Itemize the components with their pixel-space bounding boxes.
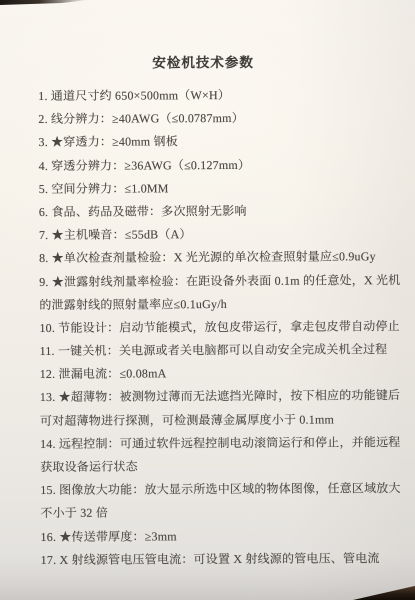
spec-line-11: 11. 一键关机：关电源或者关电脑都可以自动安全完成关机全过程 <box>40 338 398 363</box>
spec-line-9: 9. ★泄露射线剂量率检验：在距设备外表面 0.1m 的任意处，X 光机 <box>39 269 397 294</box>
spec-line-16: 16. ★传送带厚度：≥3mm <box>40 524 398 549</box>
spec-line-8: 8. ★单次检查剂量检验：X 光光源的单次检查照射量应≤0.9uGy <box>39 245 397 270</box>
spec-line-15: 15. 图像放大功能：放大显示所选中区域的物体图像，任意区域放大 <box>40 477 398 502</box>
spec-line-10: 10. 节能设计：启动节能模式，放包皮带运行，拿走包皮带自动停止 <box>39 315 397 340</box>
spec-line-15-cont: 不小于 32 倍 <box>40 500 398 525</box>
photo-edge-top-left <box>0 0 88 5</box>
spec-line-13: 13. ★超薄物：被测物过薄而无法遮挡光障时，按下相应的功能键后 <box>40 385 398 410</box>
spec-line-17: 17. X 射线源管电压管电流：可设置 X 射线源的管电压、管电流 <box>41 547 399 572</box>
spec-line-2: 2. 线分辨力：≥40AWG（≤0.0787mm） <box>38 106 396 131</box>
spec-line-4: 4. 穿透分辨力：≥36AWG（≤0.127mm） <box>39 153 397 178</box>
document-content: 安检机技术参数 1. 通道尺寸约 650×500mm（W×H） 2. 线分辨力：… <box>38 50 399 572</box>
document-title: 安检机技术参数 <box>38 50 396 72</box>
spec-line-12: 12. 泄漏电流：≤0.08mA <box>40 361 398 386</box>
photo-edge-bottom-right <box>353 585 415 600</box>
spec-line-3: 3. ★穿透力：≥40mm 钢板 <box>38 129 396 154</box>
spec-line-14: 14. 远程控制：可通过软件远程控制电动滚筒运行和停止，并能远程 <box>40 431 398 456</box>
spec-line-5: 5. 空间分辨力：≤1.0MM <box>39 176 397 201</box>
spec-line-7: 7. ★主机噪音：≤55dB（A） <box>39 222 397 247</box>
spec-line-9-cont: 的泄露射线的照射量率应≤0.1uGy/h <box>39 292 397 317</box>
spec-line-13-cont: 可对超薄物进行探测，可检测最薄金属厚度小于 0.1mm <box>40 408 398 433</box>
document-page: 安检机技术参数 1. 通道尺寸约 650×500mm（W×H） 2. 线分辨力：… <box>0 0 415 600</box>
spec-list: 1. 通道尺寸约 650×500mm（W×H） 2. 线分辨力：≥40AWG（≤… <box>38 83 399 572</box>
spec-line-1: 1. 通道尺寸约 650×500mm（W×H） <box>38 83 396 108</box>
photo-frame: 安检机技术参数 1. 通道尺寸约 650×500mm（W×H） 2. 线分辨力：… <box>0 0 415 600</box>
spec-line-6: 6. 食品、药品及磁带：多次照射无影响 <box>39 199 397 224</box>
spec-line-14-cont: 获取设备运行状态 <box>40 454 398 479</box>
